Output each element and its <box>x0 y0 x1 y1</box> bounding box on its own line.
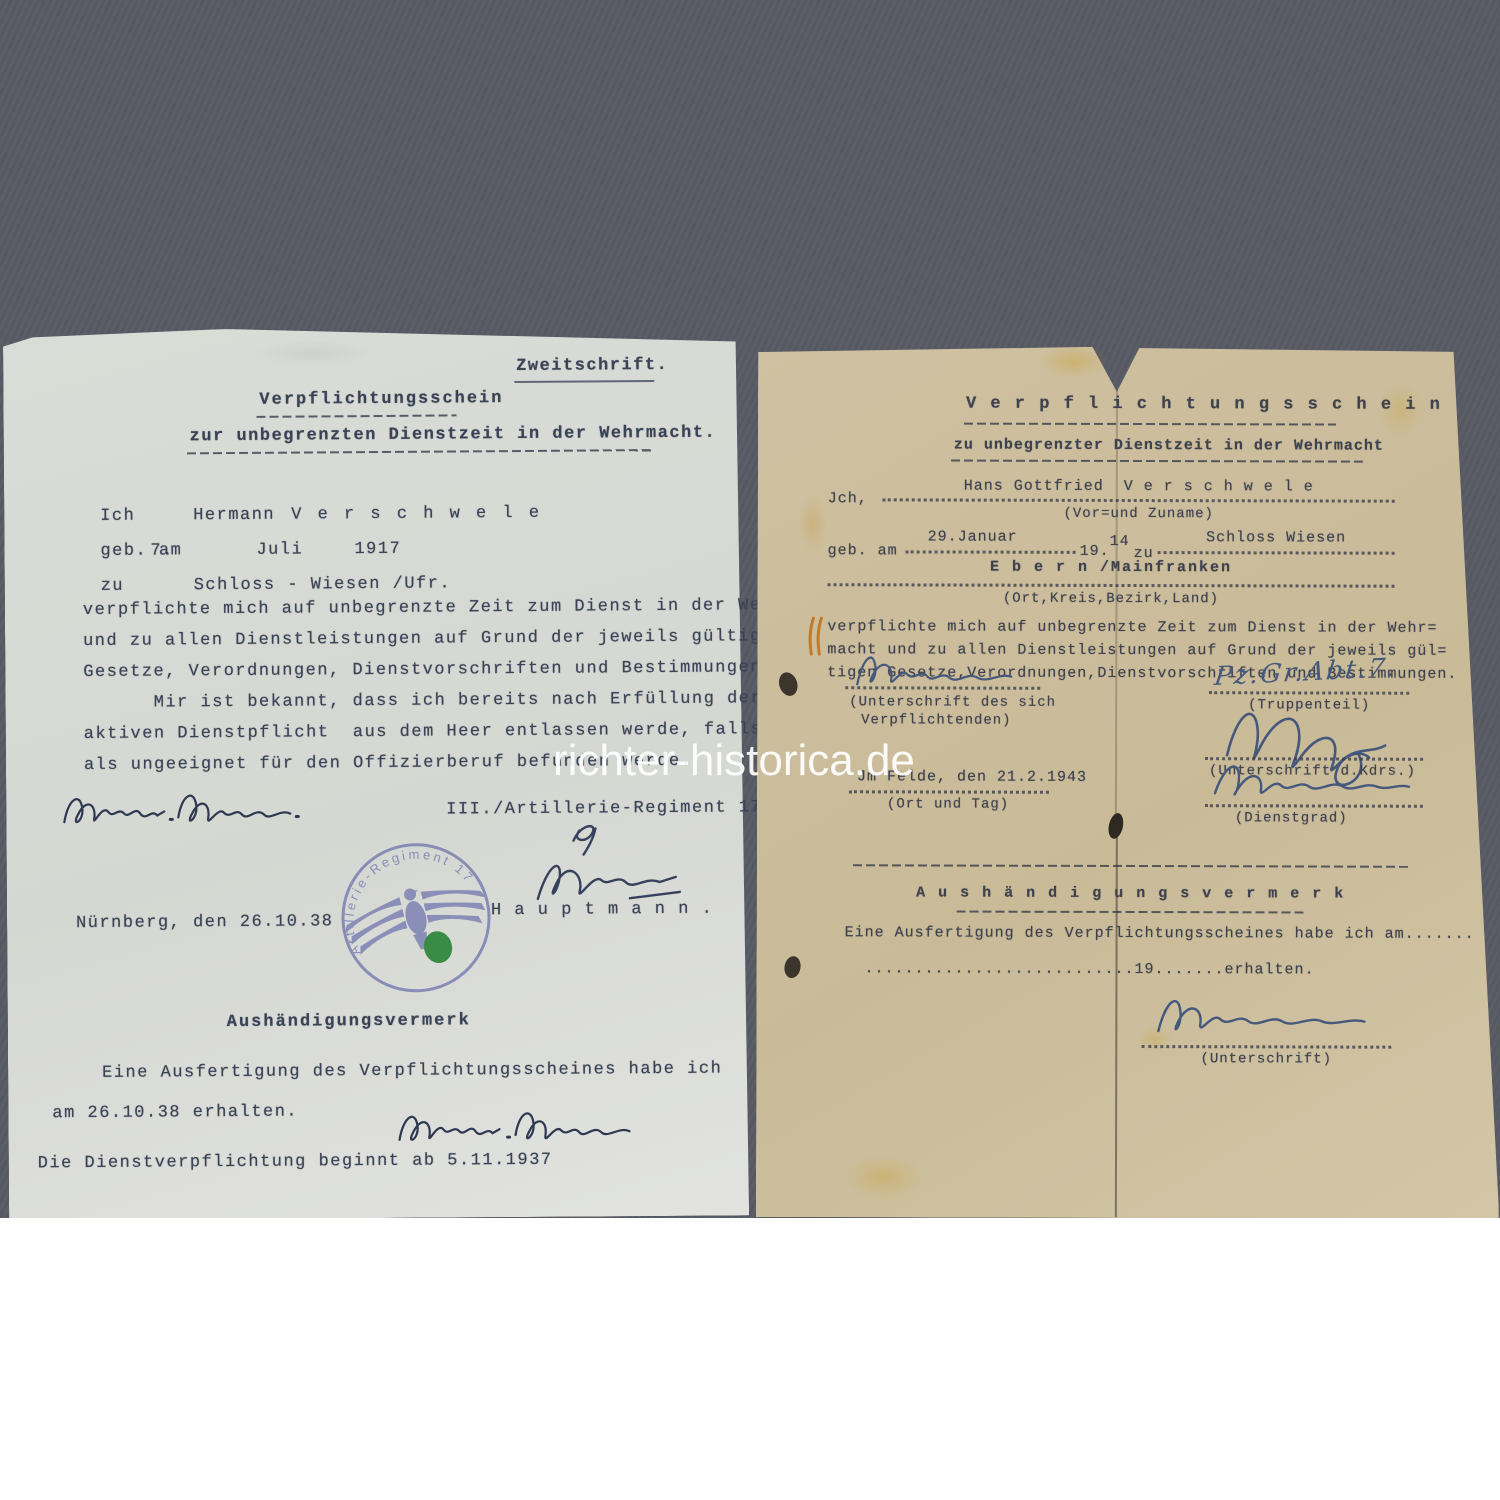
punch-hole <box>776 670 800 698</box>
geb-place-fill: Schloss Wiesen <box>1158 529 1395 547</box>
place-date-line: Nürnberg, den 26.10.38 <box>76 912 334 933</box>
birthplace: Schloss - Wiesen /Ufr. <box>194 574 452 595</box>
pronoun: Ich <box>100 507 135 526</box>
left-doc-subtitle: zur unbegrenzten Dienstzeit in der Wehrm… <box>190 424 717 447</box>
orange-margin-mark <box>805 616 825 656</box>
name-caption: (Vor=und Zuname) <box>883 505 1395 522</box>
stain <box>798 494 828 554</box>
first-name: Hermann <box>193 506 275 526</box>
left-title-underline <box>257 414 457 417</box>
handover-line: am 26.10.38 erhalten. <box>52 1103 298 1124</box>
regiment-line: III./Artillerie-Regiment 17 <box>446 798 762 819</box>
bottom-sig-caption: (Unterschrift) <box>1141 1051 1391 1068</box>
body-line: und zu allen Dienstleistungen auf Grund … <box>83 627 785 651</box>
handover-line: Eine Ausfertigung des Verpflichtungssche… <box>845 924 1475 943</box>
body-line: Mir ist bekannt, dass ich bereits nach E… <box>83 689 762 713</box>
rank-dotted-line <box>1205 790 1423 808</box>
signature-receipt <box>393 1096 638 1156</box>
zu-label: zu <box>101 577 125 596</box>
sig-left-dotted-line <box>845 672 1040 690</box>
punch-hole <box>783 955 803 979</box>
stain <box>844 1154 924 1200</box>
body-line: Gesetze, Verordnungen, Dienstvorschrifte… <box>83 658 774 682</box>
body-line: verpflichte mich auf unbegrenzte Zeit zu… <box>827 618 1437 637</box>
unit-dotted-line <box>1209 677 1409 695</box>
right-doc-title: V e r p f l i c h t u n g s s c h e i n <box>966 395 1442 415</box>
geb-month-fill: 29.Januar <box>928 528 1018 545</box>
watermark: richter-historica.de <box>553 736 915 786</box>
section-divider <box>853 864 1409 867</box>
copy-label-underline <box>514 380 654 383</box>
photo-background: Zweitschrift. Verpflichtungsschein zur u… <box>0 0 1500 1218</box>
right-title-underline <box>964 423 1336 426</box>
paper-crease-shadow <box>253 340 373 367</box>
geb-year-fill: 14 <box>1110 533 1130 550</box>
geb-year: 1917 <box>354 540 401 559</box>
geb-19: 19. <box>1080 543 1110 560</box>
date-caption: (Ort und Tag) <box>887 796 1009 812</box>
unit-stamp: Artillerie-Regiment 17 <box>328 829 504 1010</box>
signature-hermann-verschwele <box>58 781 303 841</box>
geb-month: Juli <box>256 541 303 560</box>
handover-title-right: A u s h ä n d i g u n g s v e r m e r k <box>853 884 1409 902</box>
place2-fill: E b e r n /Mainfranken <box>828 558 1395 576</box>
photo-canvas: Zweitschrift. Verpflichtungsschein zur u… <box>0 0 1500 1500</box>
geb-label-right: geb. am <box>828 542 898 559</box>
handover-title-underline <box>957 911 1307 914</box>
handover-line: ...........................19.......erha… <box>864 960 1314 978</box>
service-note-line: Die Dienstverpflichtung beginnt ab 5.11.… <box>38 1151 553 1174</box>
handover-title-left: Aushändigungsvermerk <box>227 1011 471 1032</box>
bottom-sig-dotted-line <box>1141 1031 1391 1049</box>
left-subtitle-underline <box>187 449 652 454</box>
right-doc-subtitle: zu unbegrenzter Dienstzeit in der Wehrma… <box>954 437 1384 455</box>
fold-crease <box>1115 821 1118 1217</box>
copy-label: Zweitschrift. <box>516 356 668 376</box>
geb-day: 7. <box>150 541 174 560</box>
place2-caption: (Ort,Kreis,Bezirk,Land) <box>827 590 1394 607</box>
rank-caption: (Dienstgrad) <box>1235 810 1348 826</box>
sig-caption-left-1: (Unterschrift des sich <box>849 694 1056 711</box>
sig-caption-left-2: Verpflichtenden) <box>861 712 1011 728</box>
bottom-white-band <box>0 1218 1500 1500</box>
fold-hole <box>1106 812 1125 840</box>
right-subtitle-underline <box>951 460 1363 463</box>
handover-line: Eine Ausfertigung des Verpflichtungssche… <box>102 1060 722 1083</box>
name-fill: Hans Gottfried V e r s c h w e l e <box>883 477 1395 495</box>
rank-line: H a u p t m a n n . <box>491 900 713 921</box>
last-name: V e r s c h w e l e <box>291 504 542 525</box>
left-doc-title: Verpflichtungsschein <box>259 389 503 410</box>
body-line: verpflichte mich auf unbegrenzte Zeit zu… <box>83 596 844 620</box>
stain <box>1038 345 1108 379</box>
ich-label: Jch, <box>828 490 868 507</box>
